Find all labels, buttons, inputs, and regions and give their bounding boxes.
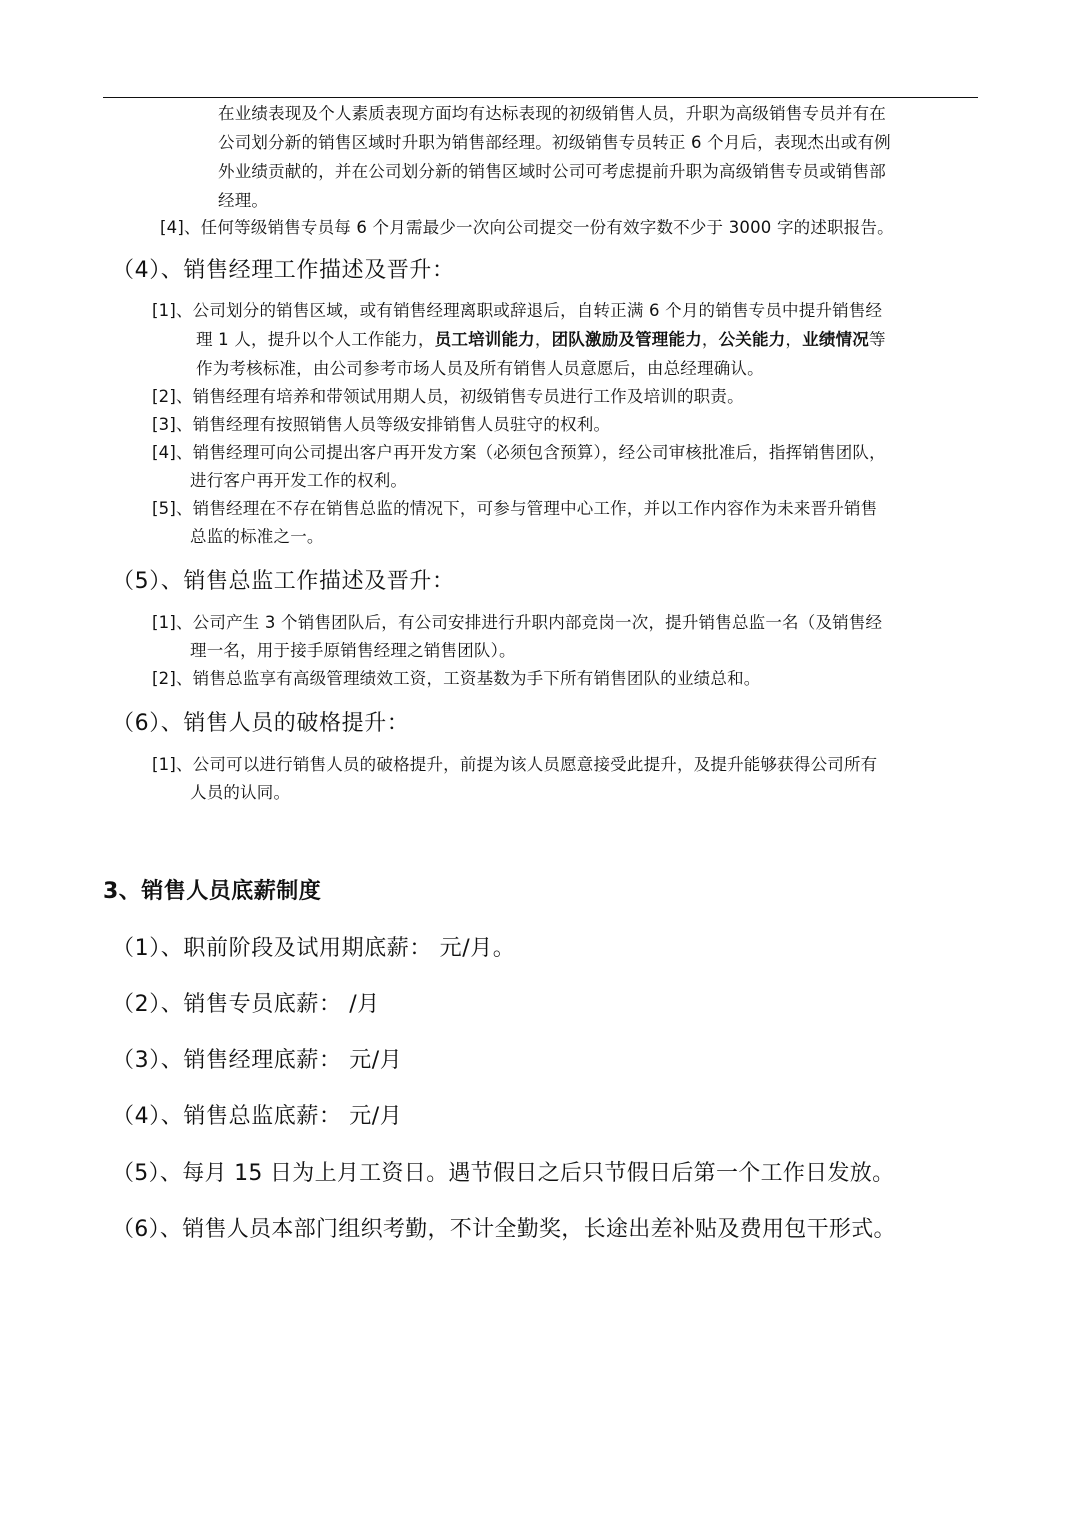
section5-item1-line2: 理一名，用于接手原销售经理之销售团队）。 — [190, 641, 516, 661]
bold-criterion-1: 员工培训能力 — [435, 330, 535, 349]
section6-item1-line2: 人员的认同。 — [190, 783, 290, 803]
section4-item5-line1: [5]、销售经理在不存在销售总监的情况下，可参与管理中心工作，并以工作内容作为未… — [152, 499, 877, 519]
section4-item4-line1: [4]、销售经理可向公司提出客户再开发方案（必须包含预算），经公司审核批准后，指… — [152, 443, 886, 463]
section5-heading: （5）、销售总监工作描述及晋升： — [112, 569, 455, 595]
continuation-item-4: [4]、任何等级销售专员每 6 个月需最少一次向公司提交一份有效字数不少于 30… — [160, 218, 894, 238]
section4-item1-line2: 理 1 人，提升以个人工作能力，员工培训能力，团队激励及管理能力，公关能力，业绩… — [196, 330, 886, 350]
salary-item-1: （1）、职前阶段及试用期底薪： 元/月。 — [112, 936, 515, 962]
salary-item-6: （6）、销售人员本部门组织考勤，不计全勤奖，长途出差补贴及费用包干形式。 — [112, 1217, 896, 1243]
document-page: 在业绩表现及个人素质表现方面均有达标表现的初级销售人员，升职为高级销售专员并有在… — [0, 0, 1080, 1528]
section4-heading: （4）、销售经理工作描述及晋升： — [112, 258, 455, 284]
bold-criterion-3: 公关能力 — [719, 330, 786, 349]
section5-item2: [2]、销售总监享有高级管理绩效工资，工资基数为手下所有销售团队的业绩总和。 — [152, 669, 760, 689]
section5-item1-line1: [1]、公司产生 3 个销售团队后，有公司安排进行升职内部竞岗一次，提升销售总监… — [152, 613, 882, 633]
section6-item1-line1: [1]、公司可以进行销售人员的破格提升，前提为该人员愿意接受此提升，及提升能够获… — [152, 755, 877, 775]
section4-item2: [2]、销售经理有培养和带领试用期人员，初级销售专员进行工作及培训的职责。 — [152, 387, 744, 407]
section4-item5-line2: 总监的标准之一。 — [190, 527, 324, 547]
continuation-line-2: 公司划分新的销售区域时升职为销售部经理。初级销售专员转正 6 个月后，表现杰出或… — [218, 133, 891, 153]
salary-item-5: （5）、每月 15 日为上月工资日。遇节假日之后只节假日后第一个工作日发放。 — [112, 1161, 894, 1187]
header-rule-divider — [103, 97, 978, 98]
section4-item1-line3: 作为考核标准，由公司参考市场人员及所有销售人员意愿后，由总经理确认。 — [196, 359, 764, 379]
continuation-line-1: 在业绩表现及个人素质表现方面均有达标表现的初级销售人员，升职为高级销售专员并有在 — [218, 104, 886, 124]
section6-heading: （6）、销售人员的破格提升： — [112, 711, 409, 737]
continuation-line-4: 经理。 — [218, 191, 268, 211]
bold-criterion-2: 团队激励及管理能力 — [552, 330, 702, 349]
bold-criterion-4: 业绩情况 — [802, 330, 869, 349]
chapter3-heading: 3、销售人员底薪制度 — [103, 879, 321, 905]
salary-item-2: （2）、销售专员底薪： /月 — [112, 992, 380, 1018]
continuation-line-3: 外业绩贡献的，并在公司划分新的销售区域时公司可考虑提前升职为高级销售专员或销售部 — [218, 162, 886, 182]
salary-item-4: （4）、销售总监底薪： 元/月 — [112, 1104, 402, 1130]
section4-item1-line1: [1]、公司划分的销售区域，或有销售经理离职或辞退后，自转正满 6 个月的销售专… — [152, 301, 882, 321]
section4-item4-line2: 进行客户再开发工作的权利。 — [190, 471, 407, 491]
section4-item3: [3]、销售经理有按照销售人员等级安排销售人员驻守的权利。 — [152, 415, 610, 435]
salary-item-3: （3）、销售经理底薪： 元/月 — [112, 1048, 402, 1074]
